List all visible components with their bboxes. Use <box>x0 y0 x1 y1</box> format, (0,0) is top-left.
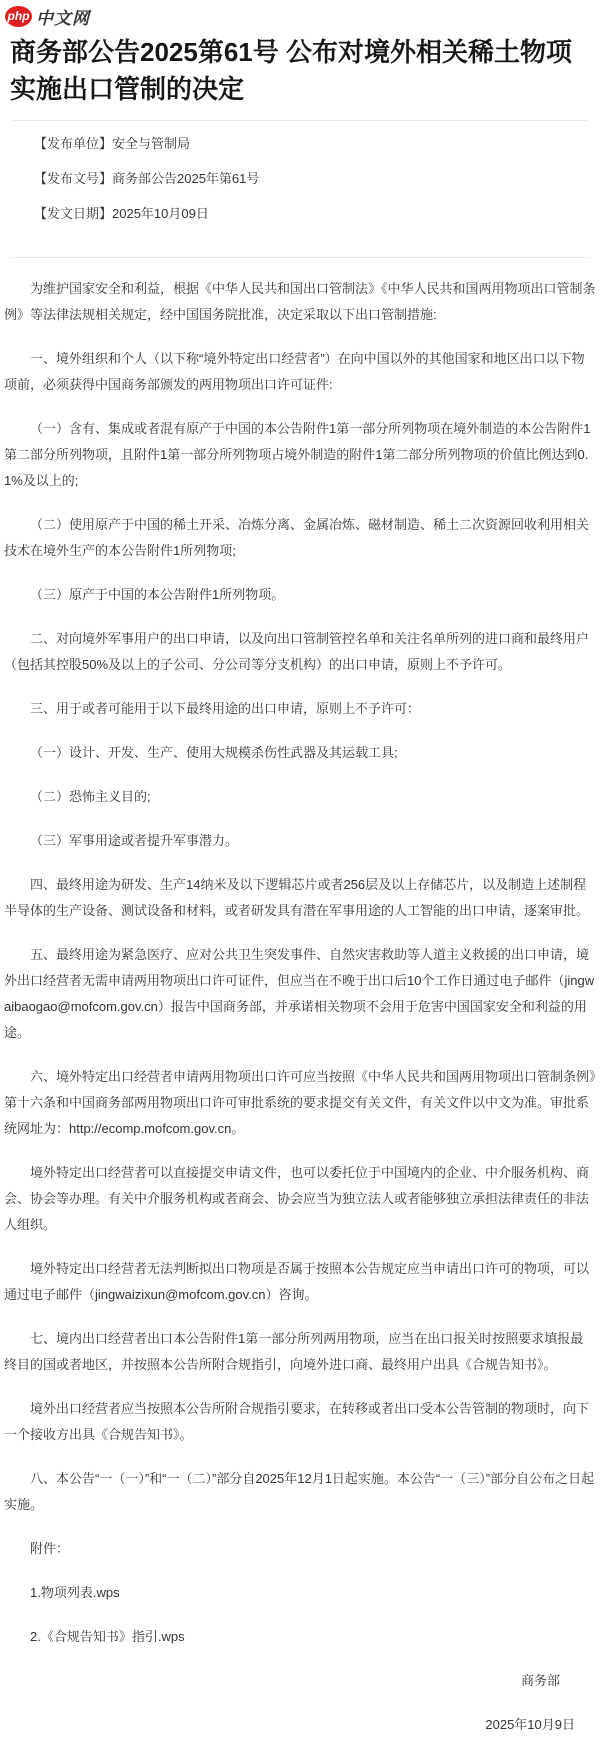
site-logo-text: 中文网 <box>36 4 90 29</box>
meta-publisher: 【发布单位】安全与管制局 <box>34 126 600 161</box>
paragraph-intro: 为维护国家安全和利益，根据《中华人民共和国出口管制法》《中华人民共和国两用物项出… <box>4 276 596 328</box>
attachments-label: 附件： <box>4 1536 596 1562</box>
article-title: 商务部公告2025第61号 公布对境外相关稀土物项实施出口管制的决定 <box>10 34 590 108</box>
meta-publish-date: 【发文日期】2025年10月09日 <box>34 196 600 231</box>
paragraph-item-6-cont-1: 境外特定出口经营者可以直接提交申请文件，也可以委托位于中国境内的企业、中介服务机… <box>4 1160 596 1238</box>
paragraph-item-4: 四、最终用途为研发、生产14纳米及以下逻辑芯片或者256层及以上存储芯片，以及制… <box>4 872 596 924</box>
signature: 商务部 <box>4 1668 596 1694</box>
attachment-item-2: 2.《合规告知书》指引.wps <box>4 1624 596 1650</box>
paragraph-item-1: 一、境外组织和个人（以下称“境外特定出口经营者”）在向中国以外的其他国家和地区出… <box>4 346 596 398</box>
paragraph-item-5: 五、最终用途为紧急医疗、应对公共卫生突发事件、自然灾害救助等人道主义救援的出口申… <box>4 942 596 1046</box>
site-logo[interactable]: php 中文网 <box>0 0 600 28</box>
attachment-item-1: 1.物项列表.wps <box>4 1580 596 1606</box>
paragraph-item-8: 八、本公告“一（一）”和“一（二）”部分自2025年12月1日起实施。本公告“一… <box>4 1466 596 1518</box>
paragraph-item-6-cont-2: 境外特定出口经营者无法判断拟出口物项是否属于按照本公告规定应当申请出口许可的物项… <box>4 1256 596 1308</box>
paragraph-item-3-sub-1: （一）设计、开发、生产、使用大规模杀伤性武器及其运载工具; <box>4 740 596 766</box>
paragraph-item-3-sub-3: （三）军事用途或者提升军事潜力。 <box>4 828 596 854</box>
article-body: 为维护国家安全和利益，根据《中华人民共和国出口管制法》《中华人民共和国两用物项出… <box>0 276 600 1738</box>
divider-meta-bottom <box>12 257 588 258</box>
paragraph-item-6: 六、境外特定出口经营者申请两用物项出口许可应当按照《中华人民共和国两用物项出口管… <box>4 1064 596 1142</box>
paragraph-item-2: 二、对向境外军事用户的出口申请，以及向出口管制管控名单和关注名单所列的进口商和最… <box>4 626 596 678</box>
meta-doc-number: 【发布文号】商务部公告2025年第61号 <box>34 161 600 196</box>
php-logo-icon: php <box>5 6 32 27</box>
paragraph-item-1-sub-1: （一）含有、集成或者混有原产于中国的本公告附件1第一部分所列物项在境外制造的本公… <box>4 416 596 494</box>
publish-date: 2025年10月9日 <box>4 1712 596 1738</box>
paragraph-item-7-cont: 境外出口经营者应当按照本公告所附合规指引要求，在转移或者出口受本公告管制的物项时… <box>4 1396 596 1448</box>
paragraph-item-7: 七、境内出口经营者出口本公告附件1第一部分所列两用物项，应当在出口报关时按照要求… <box>4 1326 596 1378</box>
paragraph-item-1-sub-3: （三）原产于中国的本公告附件1所列物项。 <box>4 582 596 608</box>
divider-top <box>12 120 588 121</box>
paragraph-item-1-sub-2: （二）使用原产于中国的稀土开采、冶炼分离、金属冶炼、磁材制造、稀土二次资源回收利… <box>4 512 596 564</box>
paragraph-item-3-sub-2: （二）恐怖主义目的; <box>4 784 596 810</box>
page: php 中文网 商务部公告2025第61号 公布对境外相关稀土物项实施出口管制的… <box>0 0 600 1742</box>
article-meta: 【发布单位】安全与管制局 【发布文号】商务部公告2025年第61号 【发文日期】… <box>0 126 600 231</box>
paragraph-item-3: 三、用于或者可能用于以下最终用途的出口申请，原则上不予许可： <box>4 696 596 722</box>
